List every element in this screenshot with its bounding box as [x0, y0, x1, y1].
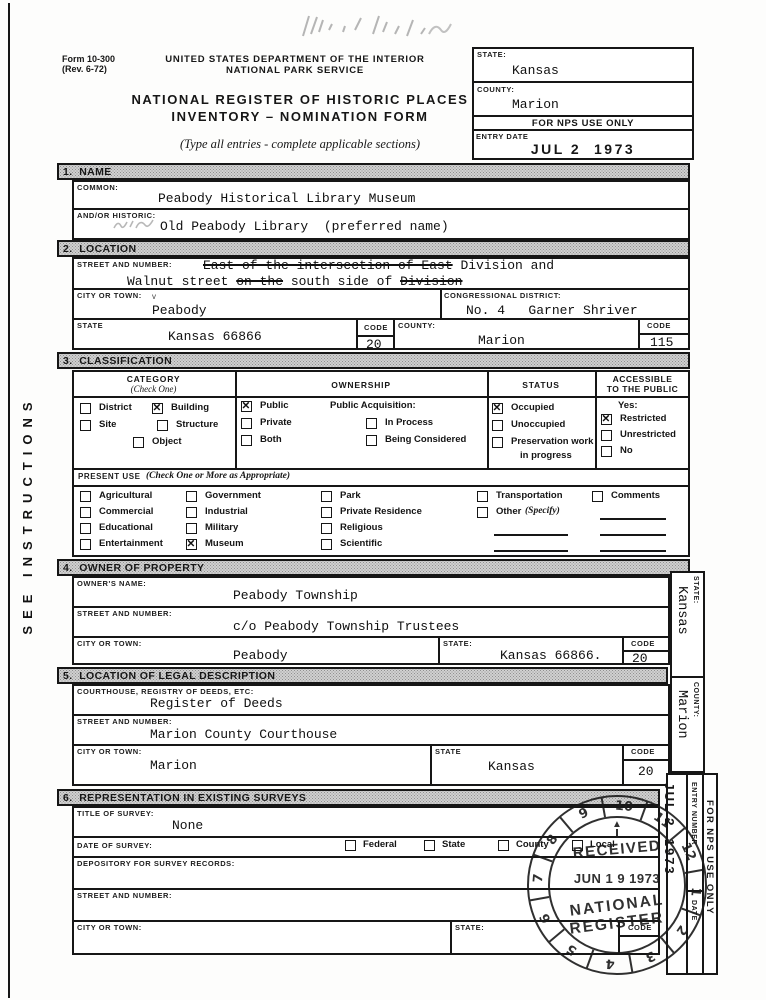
date-of-survey-label: DATE OF SURVEY:: [77, 841, 152, 850]
rule-line: [393, 318, 395, 350]
legal-state-value: Kansas: [488, 759, 535, 774]
rule-line: [438, 636, 440, 665]
depository-label: DEPOSITORY FOR SURVEY RECORDS:: [77, 859, 235, 868]
checkbox-park: [321, 491, 332, 502]
present-use-note: (Check One or More as Appropriate): [146, 471, 290, 481]
checkbox-public-label: Public: [260, 400, 289, 411]
state-label: STATE: [435, 747, 461, 756]
checkbox-government: [186, 491, 197, 502]
rule-line: [600, 534, 666, 536]
checkbox-religious-label: Religious: [340, 522, 383, 533]
stamp-date-text: JUN 1 9 1973: [527, 871, 707, 886]
rule-line: [601, 797, 606, 817]
entry-date-stamp: JUL 2 1973: [472, 141, 694, 157]
common-name-label: COMMON:: [77, 183, 118, 192]
checkbox-in-process-label: In Process: [385, 417, 433, 428]
department-line: UNITED STATES DEPARTMENT OF THE INTERIOR: [130, 54, 460, 65]
checkbox-educational-label: Educational: [99, 522, 153, 533]
legal-city-value: Marion: [150, 758, 197, 773]
title-of-survey-value: None: [172, 818, 203, 833]
checkbox-both: [241, 435, 252, 446]
checkbox-park-label: Park: [340, 490, 361, 501]
checkbox-commercial: [80, 507, 91, 518]
state-value: Kansas 66866: [168, 329, 262, 344]
rule-line: [661, 937, 675, 954]
city-town-label: CITY OR TOWN:: [77, 291, 142, 300]
checkbox-no: [601, 446, 612, 457]
scan-edge-line: [8, 3, 10, 998]
checkbox-being-considered: [366, 435, 377, 446]
checkbox-object: [133, 437, 144, 448]
checkbox-scientific: [321, 539, 332, 550]
rule-line: [72, 208, 690, 210]
accessible-header-line2: TO THE PUBLIC: [595, 384, 690, 394]
checkbox-occupied-label: Occupied: [511, 402, 554, 413]
checkbox-federal: [345, 840, 356, 851]
section-3-header: 3. CLASSIFICATION: [57, 352, 690, 369]
checkbox-agricultural-label: Agricultural: [99, 490, 152, 501]
checkbox-other-label: Other: [496, 506, 521, 517]
checkbox-structure: [157, 420, 168, 431]
handwritten-annotation: [295, 10, 490, 44]
owner-city-value: Peabody: [233, 648, 288, 663]
rule-line: [72, 744, 670, 746]
state-value: Kansas: [512, 63, 559, 78]
rule-line: [72, 714, 670, 716]
checkbox-district: [80, 403, 91, 414]
rule-line: [472, 81, 694, 83]
checkbox-transportation-label: Transportation: [496, 490, 563, 501]
county-value: Marion: [478, 333, 525, 348]
rule-line: [356, 318, 358, 350]
rule-line: [628, 953, 633, 973]
checkbox-restricted: [601, 414, 612, 425]
state-label: STATE:: [443, 639, 472, 648]
rule-line: [472, 115, 694, 117]
section-1-header: 1. NAME: [57, 163, 690, 180]
checkbox-no-label: No: [620, 445, 633, 456]
accessible-header-line1: ACCESSIBLE: [595, 374, 690, 384]
checkbox-commercial-label: Commercial: [99, 506, 153, 517]
checkbox-museum: [186, 539, 197, 550]
legal-street-value: Marion County Courthouse: [150, 727, 337, 742]
checkbox-entertainment: [80, 539, 91, 550]
checkbox-other: [477, 507, 488, 518]
street-address-line2: Walnut street on the south side of Divis…: [127, 274, 462, 289]
form-title-line1: NATIONAL REGISTER OF HISTORIC PLACES: [85, 92, 515, 107]
checkbox-industrial: [186, 507, 197, 518]
scanned-nomination-form: Form 10-300 (Rev. 6-72) UNITED STATES DE…: [0, 0, 766, 1000]
status-header: STATUS: [487, 380, 595, 390]
code-label: CODE: [647, 321, 671, 330]
see-instructions-margin-text: SEE INSTRUCTIONS: [20, 366, 34, 664]
rule-line: [529, 896, 549, 901]
checkbox-object-label: Object: [152, 436, 182, 447]
checkbox-district-label: District: [99, 402, 132, 413]
code-label: CODE: [631, 639, 655, 648]
state-label: STATE:: [455, 923, 484, 932]
checkbox-structure-label: Structure: [176, 419, 218, 430]
city-town-label: CITY OR TOWN:: [77, 923, 142, 932]
ownership-header: OWNERSHIP: [235, 380, 487, 390]
checkbox-government-label: Government: [205, 490, 261, 501]
city-town-label: CITY OR TOWN:: [77, 639, 142, 648]
checkbox-public: [241, 401, 252, 412]
rule-line: [72, 468, 690, 470]
owners-name-value: Peabody Township: [233, 588, 358, 603]
legal-code-value: 20: [638, 764, 654, 779]
courthouse-value: Register of Deeds: [150, 696, 283, 711]
checkbox-unrestricted: [601, 430, 612, 441]
street-number-label: STREET AND NUMBER:: [77, 891, 172, 900]
historic-name-value: Old Peabody Library (preferred name): [160, 219, 449, 234]
code-label: CODE: [631, 747, 655, 756]
checkbox-site-label: Site: [99, 419, 116, 430]
rule-line: [72, 396, 690, 398]
stamp-clock-number: 4: [601, 956, 620, 972]
public-acquisition-label: Public Acquisition:: [330, 400, 416, 411]
form-number: Form 10-300: [62, 54, 115, 64]
rule-line: [450, 920, 452, 955]
checkbox-county: [498, 840, 509, 851]
section-5-header: 5. LOCATION OF LEGAL DESCRIPTION: [57, 667, 668, 684]
county-label: COUNTY:: [398, 321, 435, 330]
rule-line: [494, 550, 568, 552]
street-number-label: STREET AND NUMBER:: [77, 260, 172, 269]
state-label: STATE: [77, 321, 103, 330]
stray-mark: v: [152, 292, 156, 301]
stamp-clock-number: 5: [560, 939, 583, 961]
owners-name-label: OWNER'S NAME:: [77, 579, 146, 588]
checkbox-agricultural: [80, 491, 91, 502]
checkbox-transportation: [477, 491, 488, 502]
rule-line: [600, 550, 666, 552]
county-code-value: 115: [650, 335, 673, 350]
rule-line: [430, 744, 432, 786]
checkbox-military: [186, 523, 197, 534]
rule-line: [670, 676, 705, 678]
checkbox-restricted-label: Restricted: [620, 413, 666, 424]
section-2-header: 2. LOCATION: [57, 240, 690, 257]
owner-state-value: Kansas 66866.: [500, 648, 601, 663]
congressional-district-label: CONGRESSIONAL DISTRICT:: [444, 291, 561, 300]
checkbox-museum-label: Museum: [205, 538, 244, 549]
service-line: NATIONAL PARK SERVICE: [130, 65, 460, 76]
county-value-vertical: Marion: [674, 690, 689, 739]
checkbox-state-label: State: [442, 839, 465, 850]
checkbox-military-label: Military: [205, 522, 238, 533]
pencil-scribble: [112, 217, 156, 232]
rule-line: [72, 636, 670, 638]
checkbox-religious: [321, 523, 332, 534]
rule-line: [72, 606, 670, 608]
received-date-stamp: 910111212345678 ▲ RECEIVED JUN 1 9 1973 …: [527, 795, 707, 975]
checkbox-being-considered-label: Being Considered: [385, 434, 466, 445]
type-instructions-note: (Type all entries - complete applicable …: [85, 137, 515, 152]
accessible-yes-label: Yes:: [618, 400, 638, 411]
rule-line: [494, 534, 568, 536]
rule-line: [622, 759, 670, 761]
rule-line: [472, 129, 694, 131]
rule-line: [440, 288, 442, 318]
entry-date-label: ENTRY DATE: [476, 132, 528, 141]
checkbox-both-label: Both: [260, 434, 282, 445]
stamp-clock-number: 10: [614, 799, 633, 815]
city-town-label: CITY OR TOWN:: [77, 747, 142, 756]
state-code-value: 20: [366, 337, 382, 352]
street-number-label: STREET AND NUMBER:: [77, 717, 172, 726]
checkbox-scientific-label: Scientific: [340, 538, 382, 549]
city-town-value: Peabody: [152, 303, 207, 318]
checkbox-unoccupied: [492, 420, 503, 431]
courthouse-label: COURTHOUSE, REGISTRY OF DEEDS, ETC:: [77, 687, 254, 696]
rule-line: [586, 949, 595, 968]
checkbox-occupied: [492, 403, 503, 414]
owner-street-value: c/o Peabody Township Trustees: [233, 619, 459, 634]
checkbox-comments-label: Comments: [611, 490, 660, 501]
checkbox-educational: [80, 523, 91, 534]
congressional-district-value: No. 4 Garner Shriver: [466, 303, 638, 318]
owner-code-value: 20: [632, 651, 648, 666]
section-4-header: 4. OWNER OF PROPERTY: [57, 559, 690, 576]
street-number-label: STREET AND NUMBER:: [77, 609, 172, 618]
street-address-line1: East of the intersection of East Divisio…: [203, 258, 554, 273]
category-subheader: (Check One): [72, 384, 235, 394]
state-label: STATE:: [477, 50, 506, 59]
present-use-label: PRESENT USE: [78, 472, 141, 481]
rule-line: [640, 801, 649, 820]
checkbox-private-residence: [321, 507, 332, 518]
checkbox-comments: [592, 491, 603, 502]
county-value: Marion: [512, 97, 559, 112]
checkbox-preservation-label2: in progress: [520, 450, 572, 461]
checkbox-preservation-label: Preservation work: [511, 436, 593, 447]
checkbox-private-label: Private: [260, 417, 292, 428]
rule-line: [622, 744, 624, 786]
form-revision: (Rev. 6-72): [62, 64, 107, 74]
rule-line: [72, 318, 690, 320]
rule-line: [600, 518, 666, 520]
checkbox-in-process: [366, 418, 377, 429]
checkbox-private: [241, 418, 252, 429]
checkbox-building: [152, 403, 163, 414]
checkbox-building-label: Building: [171, 402, 209, 413]
checkbox-unrestricted-label: Unrestricted: [620, 429, 676, 440]
checkbox-preservation: [492, 437, 503, 448]
code-label: CODE: [364, 323, 388, 332]
title-of-survey-label: TITLE OF SURVEY:: [77, 809, 154, 818]
county-label: COUNTY:: [477, 85, 514, 94]
checkbox-site: [80, 420, 91, 431]
checkbox-industrial-label: Industrial: [205, 506, 248, 517]
category-header: CATEGORY: [72, 374, 235, 384]
form-title-line2: INVENTORY – NOMINATION FORM: [85, 109, 515, 124]
checkbox-state: [424, 840, 435, 851]
other-specify-note: (Specify): [525, 506, 560, 516]
stamp-clock-number: 3: [639, 946, 661, 966]
common-name-value: Peabody Historical Library Museum: [158, 191, 415, 206]
rule-line: [72, 288, 690, 290]
state-label-vertical: STATE:: [692, 576, 699, 604]
stamp-arrow-stem: [616, 829, 618, 838]
state-value-vertical: Kansas: [674, 586, 689, 635]
checkbox-private-residence-label: Private Residence: [340, 506, 422, 517]
checkbox-entertainment-label: Entertainment: [99, 538, 163, 549]
checkbox-federal-label: Federal: [363, 839, 397, 850]
county-label-vertical: COUNTY:: [692, 682, 699, 718]
for-nps-use-only-label: FOR NPS USE ONLY: [472, 118, 694, 129]
checkbox-unoccupied-label: Unoccupied: [511, 419, 565, 430]
rule-line: [72, 485, 690, 487]
